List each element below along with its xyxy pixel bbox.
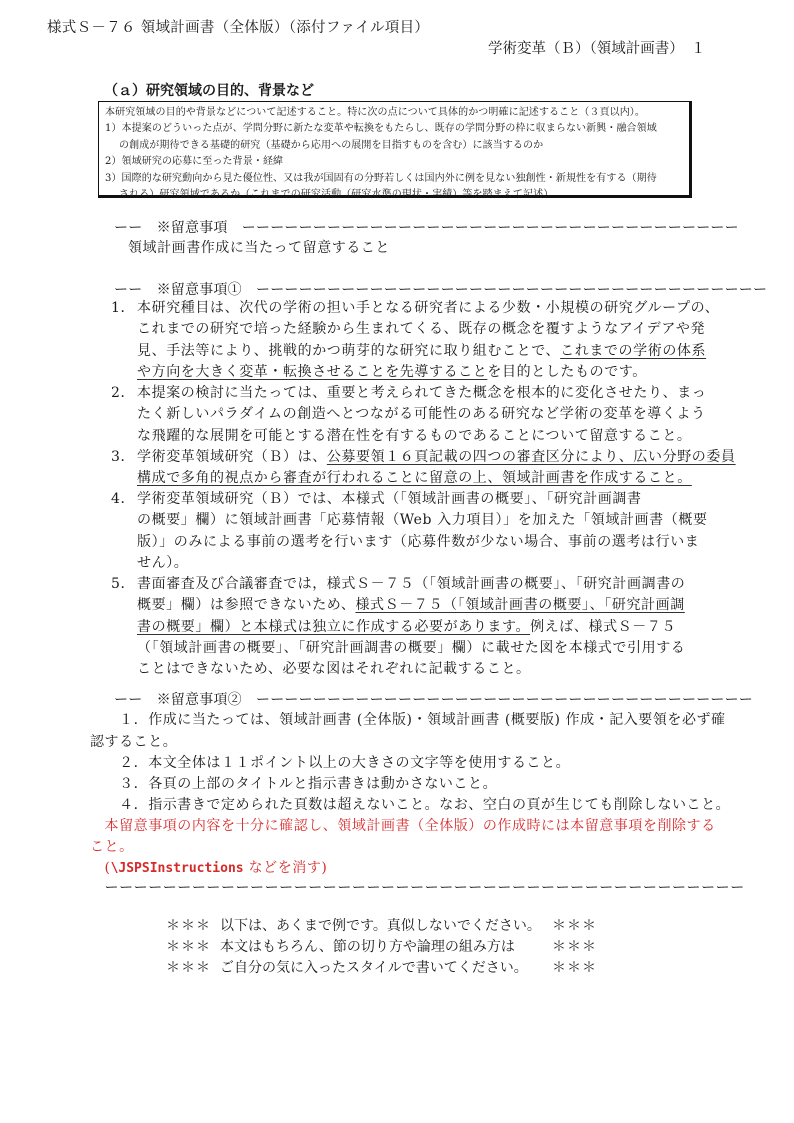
note1-item-4: 4． 学術変革領域研究（Ｂ）では、本様式（「領域計画書の概要」、「研究計画調書 … [111, 489, 711, 574]
item-number: 4． [111, 489, 135, 510]
asterisks: ＊＊＊ [166, 957, 220, 977]
underlined-text: 様式Ｓ－７５（「領域計画書の概要」、「研究計画調 [355, 597, 684, 613]
asterisks: ＊＊＊ [552, 957, 597, 977]
note2-line: ２．本文全体は１１ポイント以上の大きさの文字等を使用すること。 [90, 752, 570, 772]
banner-row: ＊＊＊本文はもちろん、節の切り方や論理の組み方は＊＊＊ [166, 936, 597, 956]
note1-item-2: 2． 本提案の検討に当たっては、重要と考えられてきた概念を根本的に変化させたり、… [111, 383, 711, 447]
asterisks: ＊＊＊ [552, 936, 597, 956]
note2-divider: ーー ※留意事項② ーーーーーーーーーーーーーーーーーーーーーーーーーーーーーー… [114, 689, 753, 709]
banner-row: ＊＊＊ご自分の気に入ったスタイルで書いてください。＊＊＊ [166, 957, 597, 977]
section-heading: （ａ）研究領域の目的、背景など [104, 80, 314, 100]
note-text: 領域計画書作成に当たって留意すること [128, 237, 390, 257]
removal-notice-cont: こと。 [90, 836, 134, 856]
instruction-line: 3）国際的な研究動向から見た優位性、又は我が国固有の分野若しくは国内外に例を見な… [105, 171, 683, 187]
underlined-text: 構成で多角的視点から審査が行われることに留意の上、領域計画書を作成すること。 [137, 470, 692, 486]
note-divider: ーー ※留意事項 ーーーーーーーーーーーーーーーーーーーーーーーーーーーーーーー… [114, 217, 739, 237]
latex-command: \JSPSInstructions [111, 861, 244, 876]
asterisks: ＊＊＊ [166, 936, 220, 956]
note1-item-3: 3． 学術変革領域研究（Ｂ）は、公募要領１６頁記載の四つの審査区分により、広い分… [111, 447, 711, 490]
item-number: 2． [111, 383, 135, 404]
note2-line: １．作成に当たっては、領域計画書 (全体版)・領域計画書 (概要版) 作成・記入… [90, 709, 726, 729]
asterisks: ＊＊＊ [166, 915, 220, 935]
running-head: 学術変革（Ｂ）（領域計画書） １ [488, 37, 706, 58]
note2-line: ４．指示書きで定められた頁数は超えないこと。なお、空白の頁が生じても削除しないこ… [90, 794, 730, 814]
note2-line: 認すること。 [90, 731, 177, 751]
end-divider: ーーーーーーーーーーーーーーーーーーーーーーーーーーーーーーーーーーーーーーーー… [90, 877, 745, 897]
underlined-text: や方向を大きく変革・転換させることを先導すること [137, 364, 487, 380]
underlined-text: 書の概要」欄）と本様式は独立に作成する必要があります。 [137, 619, 530, 635]
note1-item-1: 1． 本研究種目は、次代の学術の担い手となる研究者による少数・小規模の研究グルー… [111, 298, 711, 383]
instruction-line: される）研究領域であるか（これまでの研究活動（研究水準の現状・実績）等を踏まえて… [105, 187, 683, 203]
note1-divider: ーー ※留意事項① ーーーーーーーーーーーーーーーーーーーーーーーーーーーーーー… [114, 279, 767, 299]
removal-notice: 本留意事項の内容を十分に確認し、領域計画書（全体版）の作成時には本留意事項を削除… [90, 815, 716, 835]
underlined-text: これまでの学術の体系 [560, 343, 706, 359]
banner-text: ご自分の気に入ったスタイルで書いてください。 [220, 957, 552, 977]
item-number: 5． [111, 574, 135, 595]
instruction-line: 2）領域研究の応募に至った背景・経緯 [105, 154, 683, 170]
form-id: 様式Ｓ－７６ 領域計画書（全体版）（添付ファイル項目） [47, 16, 429, 37]
underlined-text: 公募要領１６頁記載の四つの審査区分により、広い分野の委員 [327, 449, 736, 465]
removal-command-line: (\JSPSInstructions などを消す) [90, 857, 327, 877]
instruction-line: の創成が期待できる基礎的研究（基礎から応用への展開を目指すものを含む）に該当する… [105, 138, 683, 154]
banner-row: ＊＊＊以下は、あくまで例です。真似しないでください。＊＊＊ [166, 915, 597, 935]
asterisks: ＊＊＊ [552, 915, 597, 935]
banner-text: 本文はもちろん、節の切り方や論理の組み方は [220, 936, 552, 956]
instruction-box: 本研究領域の目的や背景などについて記述すること。特に次の点について具体的かつ明確… [98, 101, 692, 198]
instruction-line: 本研究領域の目的や背景などについて記述すること。特に次の点について具体的かつ明確… [105, 105, 683, 121]
note1-item-5: 5． 書面審査及び合議審査では，様式Ｓ－７５（「領域計画書の概要」、「研究計画調… [111, 574, 711, 680]
note2-line: ３．各頁の上部のタイトルと指示書きは動かさないこと。 [90, 773, 497, 793]
item-number: 1． [111, 298, 135, 319]
item-number: 3． [111, 447, 135, 468]
instruction-line: 1）本提案のどういった点が、学問分野に新たな変革や転換をもたらし、既存の学問分野… [105, 121, 683, 137]
banner-text: 以下は、あくまで例です。真似しないでください。 [220, 915, 552, 935]
